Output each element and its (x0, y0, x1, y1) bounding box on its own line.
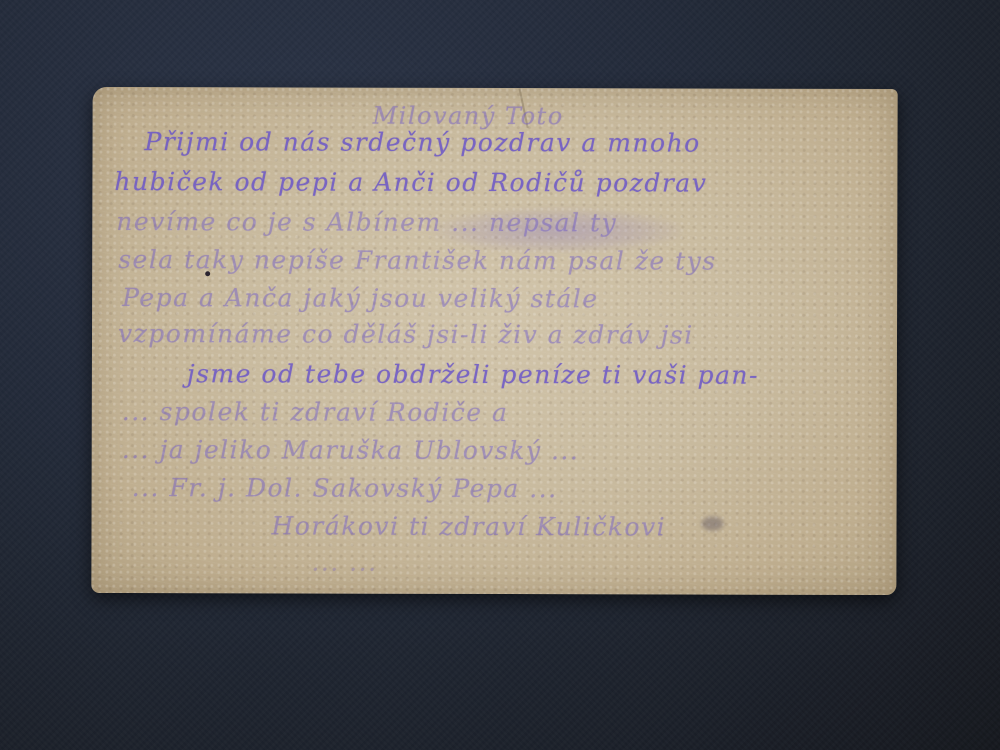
text-line: Pepa a Anča jaký jsou veliký stále (122, 283, 599, 313)
text-line: hubiček od pepi a Anči od Rodičů pozdrav (114, 167, 707, 198)
text-line: ... ja jeliko Maruška Ublovský ... (122, 435, 580, 465)
text-line: ... spolek ti zdraví Rodiče a (122, 397, 509, 427)
text-line: jsme od tebe obdrželi peníze ti vaši pan… (187, 359, 759, 389)
postcard: Milovaný Toto Přijmi od nás srdečný pozd… (91, 87, 897, 595)
text-line: ... Fr. j. Dol. Sakovský Pepa ... (132, 473, 558, 503)
text-line: Přijmi od nás srdečný pozdrav a mnoho (144, 127, 700, 157)
text-line: sela taky nepíše František nám psal že t… (118, 245, 717, 276)
stain (702, 517, 724, 531)
text-line: nevíme co je s Albínem ... nepsal ty (116, 207, 617, 237)
text-line: vzpomínáme co děláš jsi-li živ a zdráv j… (118, 319, 694, 350)
text-line: Horákovi ti zdraví Kuličkovi (271, 511, 666, 541)
text-line: ... ... (311, 548, 377, 577)
salutation: Milovaný Toto (373, 102, 564, 131)
